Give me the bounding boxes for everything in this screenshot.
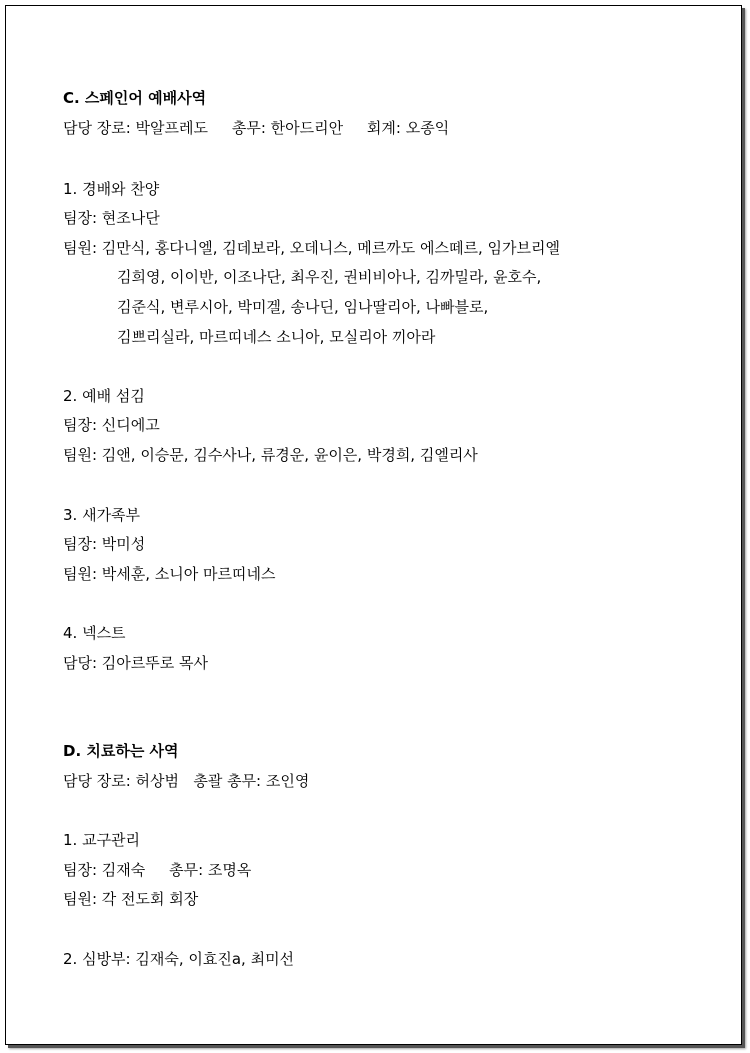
c-item-3-members: 팀원: 박세훈, 소니아 마르띠네스 — [63, 564, 276, 584]
c-item-1-members-cont-3: 김쁘리실라, 마르띠네스 소니아, 모실리아 끼아라 — [117, 327, 435, 347]
c-item-2-leader: 팀장: 신디에고 — [63, 415, 160, 435]
c-item-2-title: 2. 예배 섬김 — [63, 386, 145, 406]
d-item-1-members: 팀원: 각 전도회 회장 — [63, 889, 198, 909]
d-item-2-title: 2. 심방부: 김재숙, 이효진a, 최미선 — [63, 949, 294, 969]
c-item-3-leader: 팀장: 박미성 — [63, 534, 145, 554]
d-item-1-leader: 팀장: 김재숙 총무: 조명옥 — [63, 860, 251, 880]
c-item-1-leader: 팀장: 현조나단 — [63, 208, 160, 228]
c-item-4-title: 4. 넥스트 — [63, 623, 126, 643]
c-item-2-members: 팀원: 김앤, 이승문, 김수사나, 류경운, 윤이은, 박경희, 김엘리사 — [63, 445, 478, 465]
section-d-title: D. 치료하는 사역 — [63, 741, 179, 761]
c-item-1-members-cont-2: 김준식, 변루시아, 박미겔, 송나딘, 임나딸리아, 나빠블로, — [117, 297, 488, 317]
c-item-1-members-cont-1: 김희영, 이이반, 이조나단, 최우진, 권비비아나, 김까밀라, 윤호수, — [117, 267, 541, 287]
c-item-1-members: 팀원: 김만식, 홍다니엘, 김데보라, 오데니스, 메르까도 에스떼르, 임가… — [63, 238, 560, 258]
section-c-title: C. 스페인어 예배사역 — [63, 88, 206, 108]
c-item-1-title: 1. 경배와 찬양 — [63, 179, 159, 199]
section-d-staff: 담당 장로: 허상범 총괄 총무: 조인영 — [63, 771, 309, 791]
c-item-3-title: 3. 새가족부 — [63, 505, 140, 525]
section-c-staff: 담당 장로: 박알프레도 총무: 한아드리안 회계: 오종익 — [63, 118, 449, 138]
c-item-4-leader: 담당: 김아르뚜로 목사 — [63, 653, 208, 673]
d-item-1-title: 1. 교구관리 — [63, 830, 140, 850]
